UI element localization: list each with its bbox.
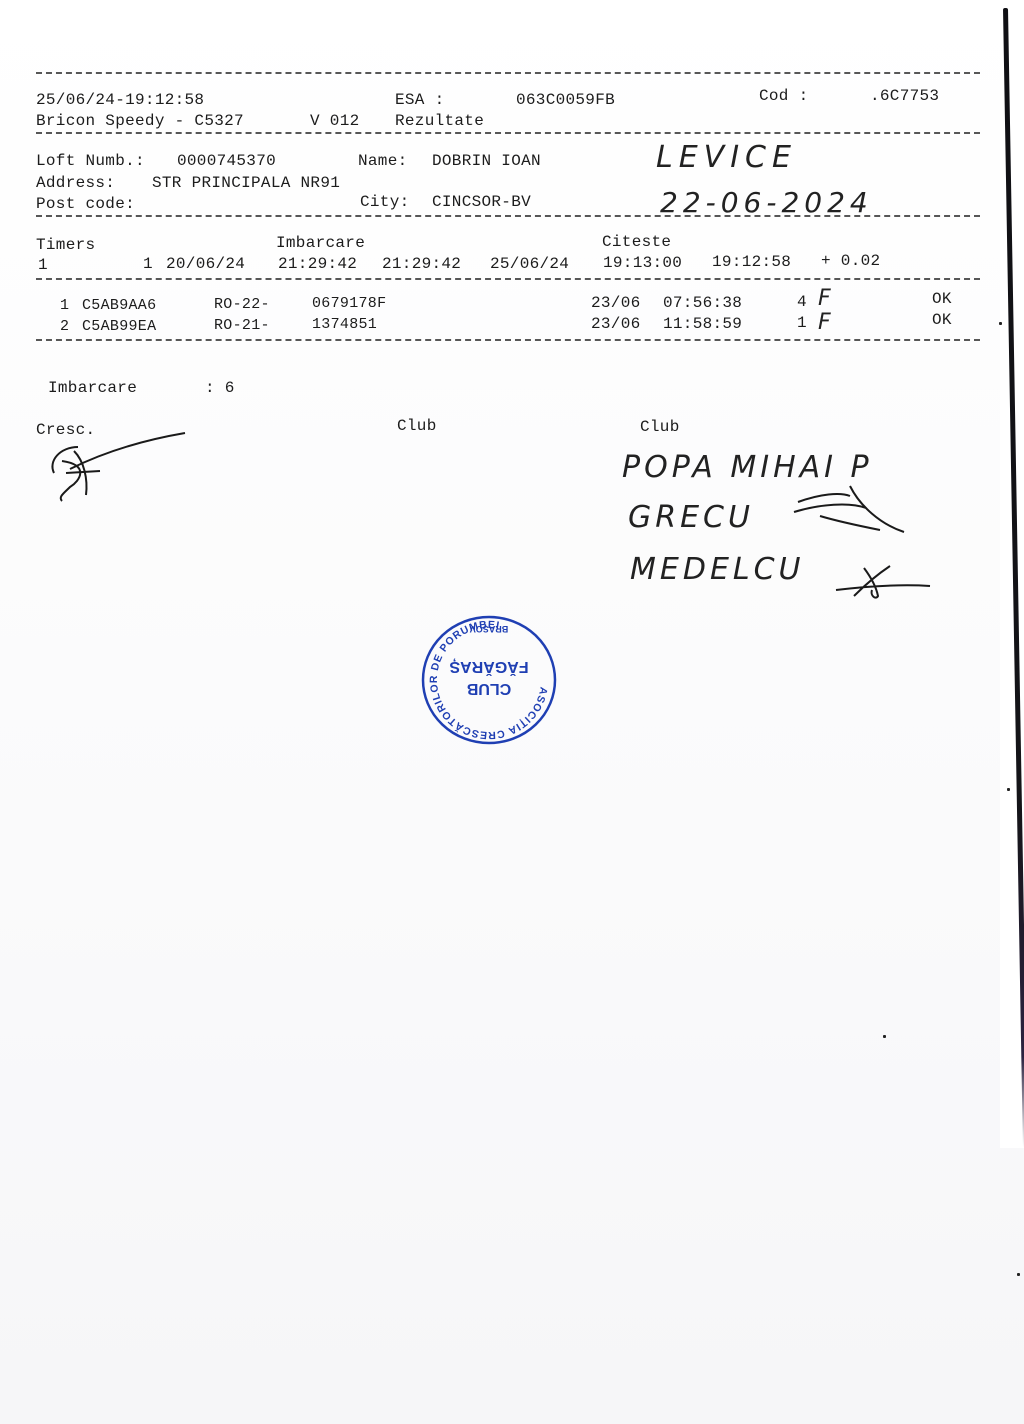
result-handwritten-mark: F — [818, 310, 834, 335]
handwritten-date: 22-06-2024 — [660, 186, 873, 219]
result-ring-number: 0679178F — [312, 294, 386, 314]
club-stamp: ASOCIȚIA CRESCĂTORILOR DE PORUMBEI BRAȘO… — [418, 612, 560, 748]
result-date: 23/06 — [591, 314, 641, 334]
fancier-name: DOBRIN IOAN — [432, 151, 541, 171]
stamp-city: BRAȘOV — [470, 624, 509, 634]
city-label: City: — [360, 192, 410, 212]
club-member-name: MEDELCU — [630, 552, 805, 587]
loft-number: 0000745370 — [177, 151, 276, 171]
result-index: 2 — [60, 317, 69, 337]
citeste-date: 25/06/24 — [490, 254, 569, 274]
timer-count: 1 — [143, 254, 153, 274]
result-time: 11:58:59 — [663, 314, 742, 334]
result-status: OK — [932, 289, 952, 309]
report-datetime: 25/06/24-19:12:58 — [36, 90, 204, 110]
result-chip: C5AB99EA — [82, 317, 156, 337]
separator-timers — [36, 278, 980, 280]
club-member-name: GRECU — [628, 500, 754, 535]
handwritten-place: LEVICE — [656, 140, 797, 175]
stamp-club: CLUB — [467, 680, 511, 697]
fancier-signature — [40, 425, 200, 515]
result-ring-number: 1374851 — [312, 315, 377, 335]
device-name: Bricon Speedy - C5327 — [36, 111, 244, 131]
club-label-middle: Club — [397, 416, 437, 436]
imbarcare-time-2: 21:29:42 — [382, 254, 461, 274]
club-member-signature — [790, 480, 910, 540]
dust-speck — [1017, 1273, 1020, 1276]
dust-speck — [999, 322, 1002, 325]
result-code: 1 — [797, 313, 807, 333]
dust-speck — [1007, 788, 1010, 791]
report-type: Rezultate — [395, 111, 484, 131]
postcode-label: Post code: — [36, 194, 135, 214]
result-ring-prefix: RO-22- — [214, 295, 270, 315]
imbarcare-time-1: 21:29:42 — [278, 254, 357, 274]
separator-top — [36, 72, 980, 74]
result-ring-prefix: RO-21- — [214, 316, 270, 336]
separator-header — [36, 132, 980, 134]
result-time: 07:56:38 — [663, 293, 742, 313]
summary-imbarcare-value: : 6 — [205, 378, 235, 398]
stamp-club-name: FĂGĂRAȘ — [449, 658, 528, 677]
address-label: Address: — [36, 173, 115, 193]
device-version: V 012 — [310, 111, 360, 131]
address-value: STR PRINCIPALA NR91 — [152, 173, 340, 193]
esa-label: ESA : — [395, 90, 445, 110]
club-member-signature — [830, 556, 940, 606]
citeste-header: Citeste — [602, 232, 671, 252]
result-chip: C5AB9AA6 — [82, 296, 156, 316]
result-index: 1 — [60, 296, 69, 316]
imbarcare-date: 20/06/24 — [166, 254, 245, 274]
loft-label: Loft Numb.: — [36, 151, 145, 171]
name-label: Name: — [358, 151, 408, 171]
timers-header: Timers — [36, 235, 95, 255]
city-value: CINCSOR-BV — [432, 192, 531, 212]
dust-speck — [883, 1035, 886, 1038]
summary-imbarcare-label: Imbarcare — [48, 378, 137, 398]
result-handwritten-mark: F — [818, 286, 834, 311]
deviation: + 0.02 — [821, 251, 880, 271]
citeste-time-1: 19:13:00 — [603, 253, 682, 273]
imbarcare-header: Imbarcare — [276, 233, 365, 253]
citeste-time-2: 19:12:58 — [712, 252, 791, 272]
esa-value: 063C0059FB — [516, 90, 615, 110]
separator-results — [36, 339, 980, 341]
result-code: 4 — [797, 292, 807, 312]
result-status: OK — [932, 310, 952, 330]
cod-value: .6C7753 — [870, 86, 939, 106]
result-date: 23/06 — [591, 293, 641, 313]
club-label-right: Club — [640, 417, 680, 437]
cod-label: Cod : — [759, 86, 809, 106]
timer-index: 1 — [38, 255, 48, 275]
